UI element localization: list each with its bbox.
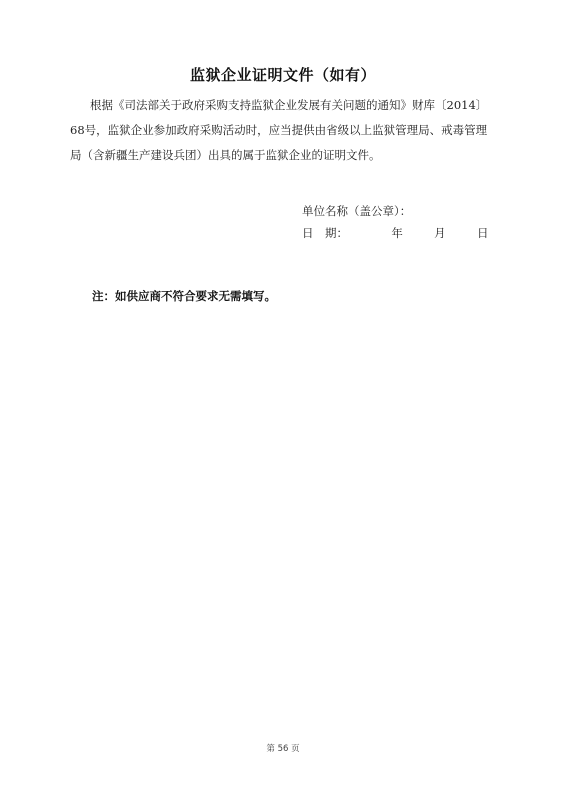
year-label: 年 [391,225,403,241]
page-number: 第 56 页 [0,742,566,754]
note-text: 注：如供应商不符合要求无需填写。 [92,288,276,304]
body-line-3: 局（含新疆生产建设兵团）出具的属于监狱企业的证明文件。 [70,143,490,168]
body-line-1: 根据《司法部关于政府采购支持监狱企业发展有关问题的通知》财库〔2014〕 [90,93,490,118]
unit-name-label: 单位名称（盖公章）： [302,203,411,219]
month-label: 月 [434,225,446,241]
body-paragraph: 根据《司法部关于政府采购支持监狱企业发展有关问题的通知》财库〔2014〕 68号… [90,93,490,168]
body-line-2: 68号，监狱企业参加政府采购活动时，应当提供由省级以上监狱管理局、戒毒管理 [70,118,490,143]
document-page: 监狱企业证明文件（如有） 根据《司法部关于政府采购支持监狱企业发展有关问题的通知… [0,0,566,800]
date-label: 日 期： [302,225,348,241]
day-label: 日 [477,225,489,241]
page-title: 监狱企业证明文件（如有） [0,64,566,85]
date-row: 日 期： 年 月 日 [302,225,488,241]
